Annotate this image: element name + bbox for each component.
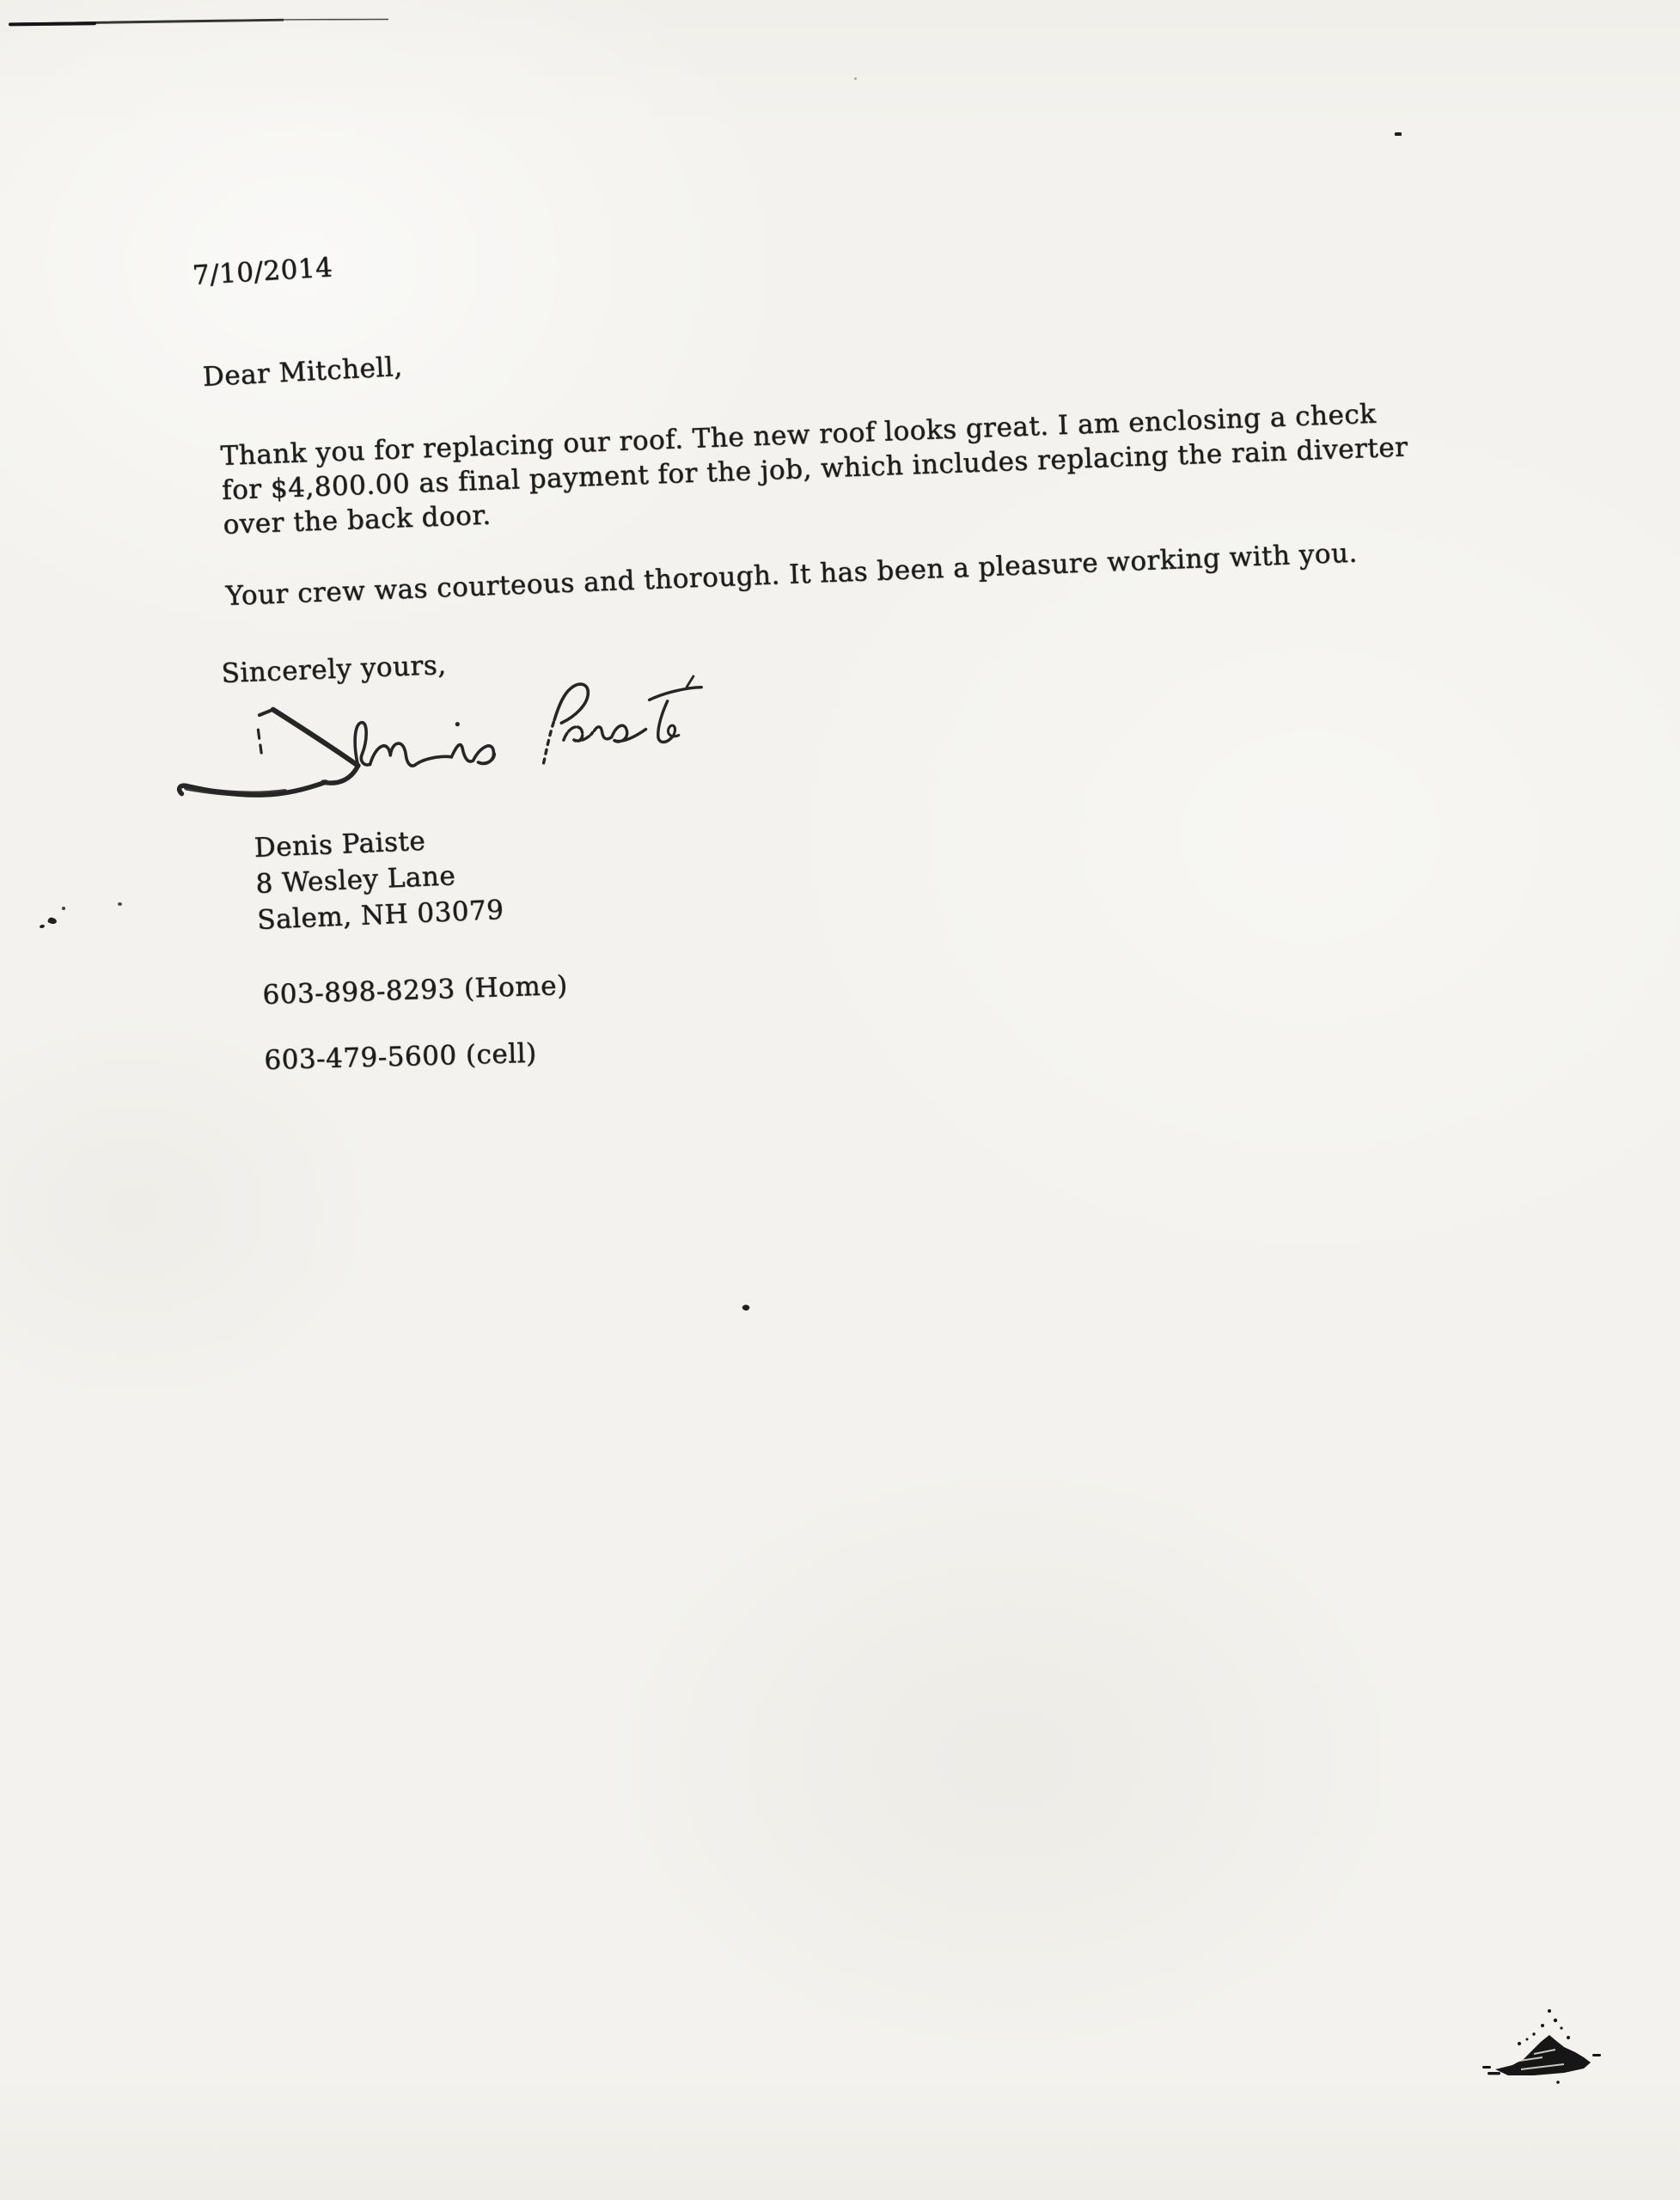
ink-speck-artifact (40, 924, 46, 928)
sender-contact-block: Denis Paiste 8 Wesley Lane Salem, NH 030… (254, 820, 504, 938)
letter-greeting: Dear Mitchell, (202, 351, 403, 393)
letter-paragraph-1: Thank you for replacing our roof. The ne… (220, 395, 1410, 542)
scanner-streak-artifact (0, 0, 430, 34)
letter-date: 7/10/2014 (192, 252, 333, 291)
ink-speck-artifact (62, 907, 65, 910)
scanned-letter-page: 7/10/2014 Dear Mitchell, Thank you for r… (0, 0, 1680, 2200)
ink-speck-artifact (854, 77, 857, 80)
ink-speck-artifact (47, 917, 58, 926)
ink-speck-artifact (742, 1303, 750, 1311)
phone-cell: 603-479-5600 (cell) (264, 1038, 537, 1076)
ink-speck-artifact (1395, 132, 1402, 136)
letter-paragraph-2: Your crew was courteous and thorough. It… (225, 537, 1358, 612)
handwritten-signature (170, 672, 715, 808)
phone-home: 603-898-8293 (Home) (262, 970, 568, 1011)
ink-smudge-artifact (1482, 2002, 1611, 2088)
ink-speck-artifact (118, 902, 122, 906)
